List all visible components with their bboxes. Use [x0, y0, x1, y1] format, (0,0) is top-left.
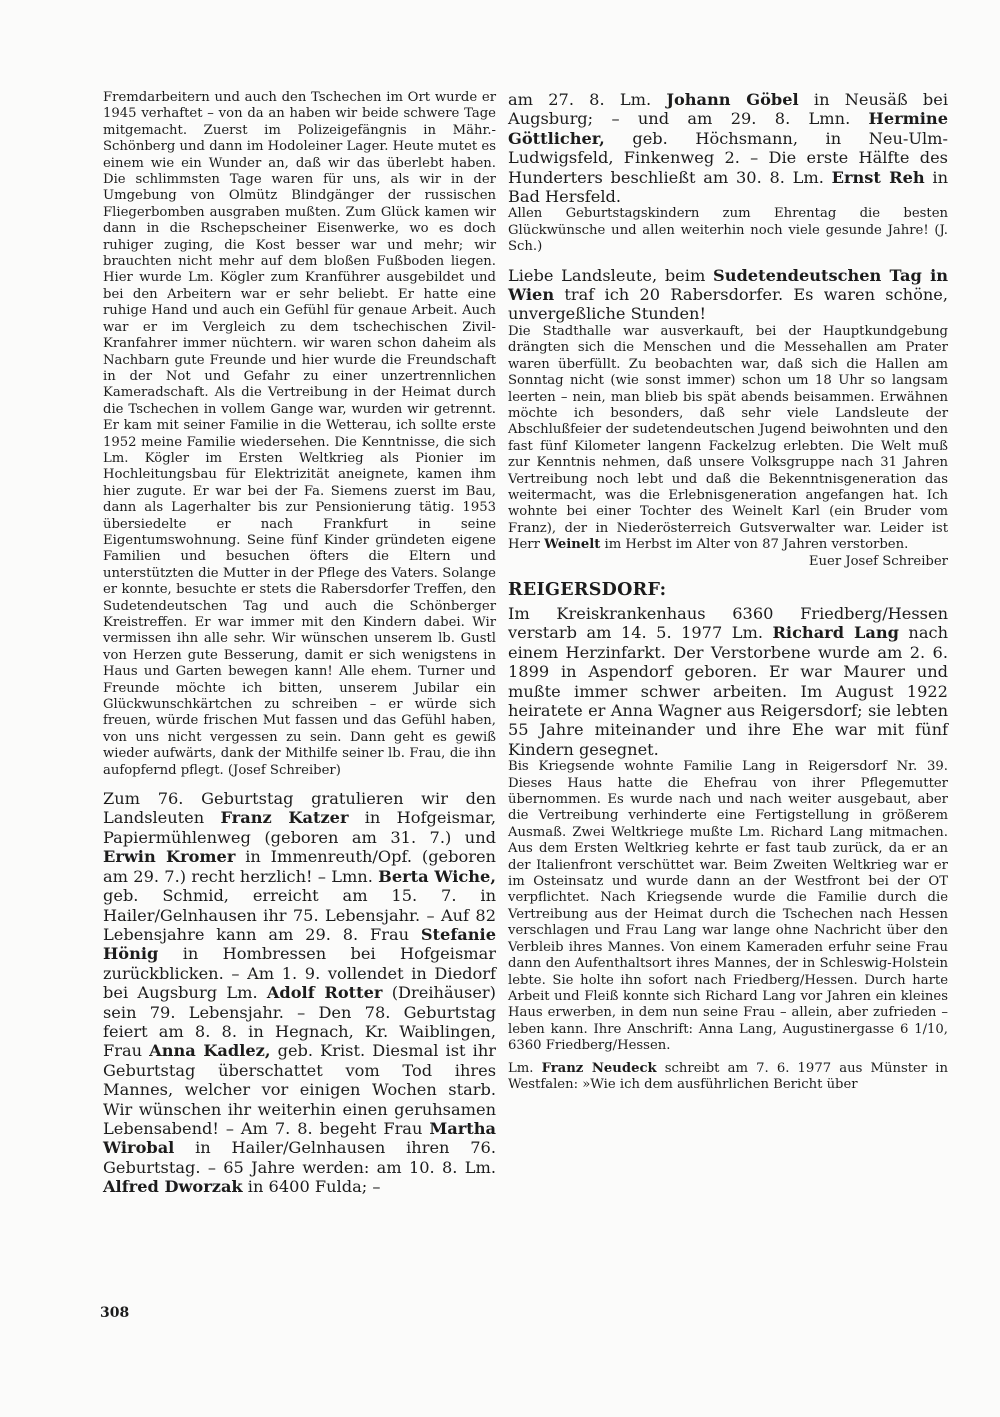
obituary-body: Bis Kriegsende wohnte Familie Lang in Re… [508, 759, 948, 1054]
name-highlight: Richard Lang [772, 623, 898, 642]
name-highlight: Hermine Göttlicher, [508, 109, 948, 147]
birthday-greetings-continued: am 27. 8. Lm. Johann Göbel in Neusäß bei… [508, 90, 948, 206]
name-highlight: Berta Wiche, [378, 867, 496, 886]
name-highlight: Ernst Reh [832, 168, 925, 187]
name-highlight: Stefanie Hönig [103, 925, 496, 963]
name-highlight: Adolf Rotter [267, 983, 383, 1002]
birthday-wishes: Allen Geburtstagskindern zum Ehrentag di… [508, 206, 948, 255]
name-highlight: Martha Wirobal [103, 1119, 496, 1157]
name-highlight: Anna Kadlez, [149, 1041, 270, 1060]
section-heading-reigersdorf: REIGERSDORF: [508, 580, 948, 600]
neudeck-letter: Lm. Franz Neudeck schreibt am 7. 6. 1977… [508, 1061, 948, 1094]
name-highlight: Johann Göbel [666, 90, 798, 109]
sudetendeutscher-tag-body: Die Stadthalle war ausverkauft, bei der … [508, 324, 948, 554]
name-highlight: Sudetendeutschen Tag in Wien [508, 266, 948, 304]
sudetendeutscher-tag-intro: Liebe Landsleute, beim Sudetendeutschen … [508, 266, 948, 324]
birthday-greetings: Zum 76. Geburtstag gratulieren wir den L… [103, 789, 496, 1197]
right-column: am 27. 8. Lm. Johann Göbel in Neusäß bei… [508, 90, 948, 1093]
koegler-article: Fremdarbeitern und auch den Tschechen im… [103, 90, 496, 779]
page-number: 308 [100, 1305, 129, 1321]
name-highlight: Alfred Dworzak [103, 1177, 243, 1196]
obituary-intro: Im Kreiskrankenhaus 6360 Friedberg/Hesse… [508, 604, 948, 759]
name-highlight: Franz Neudeck [542, 1061, 657, 1076]
signature: Euer Josef Schreiber [508, 554, 948, 570]
name-highlight: Erwin Kromer [103, 847, 235, 866]
name-highlight: Franz Katzer [220, 808, 348, 827]
left-column: Fremdarbeitern und auch den Tschechen im… [103, 90, 496, 1197]
name-highlight: Weinelt [544, 537, 600, 552]
